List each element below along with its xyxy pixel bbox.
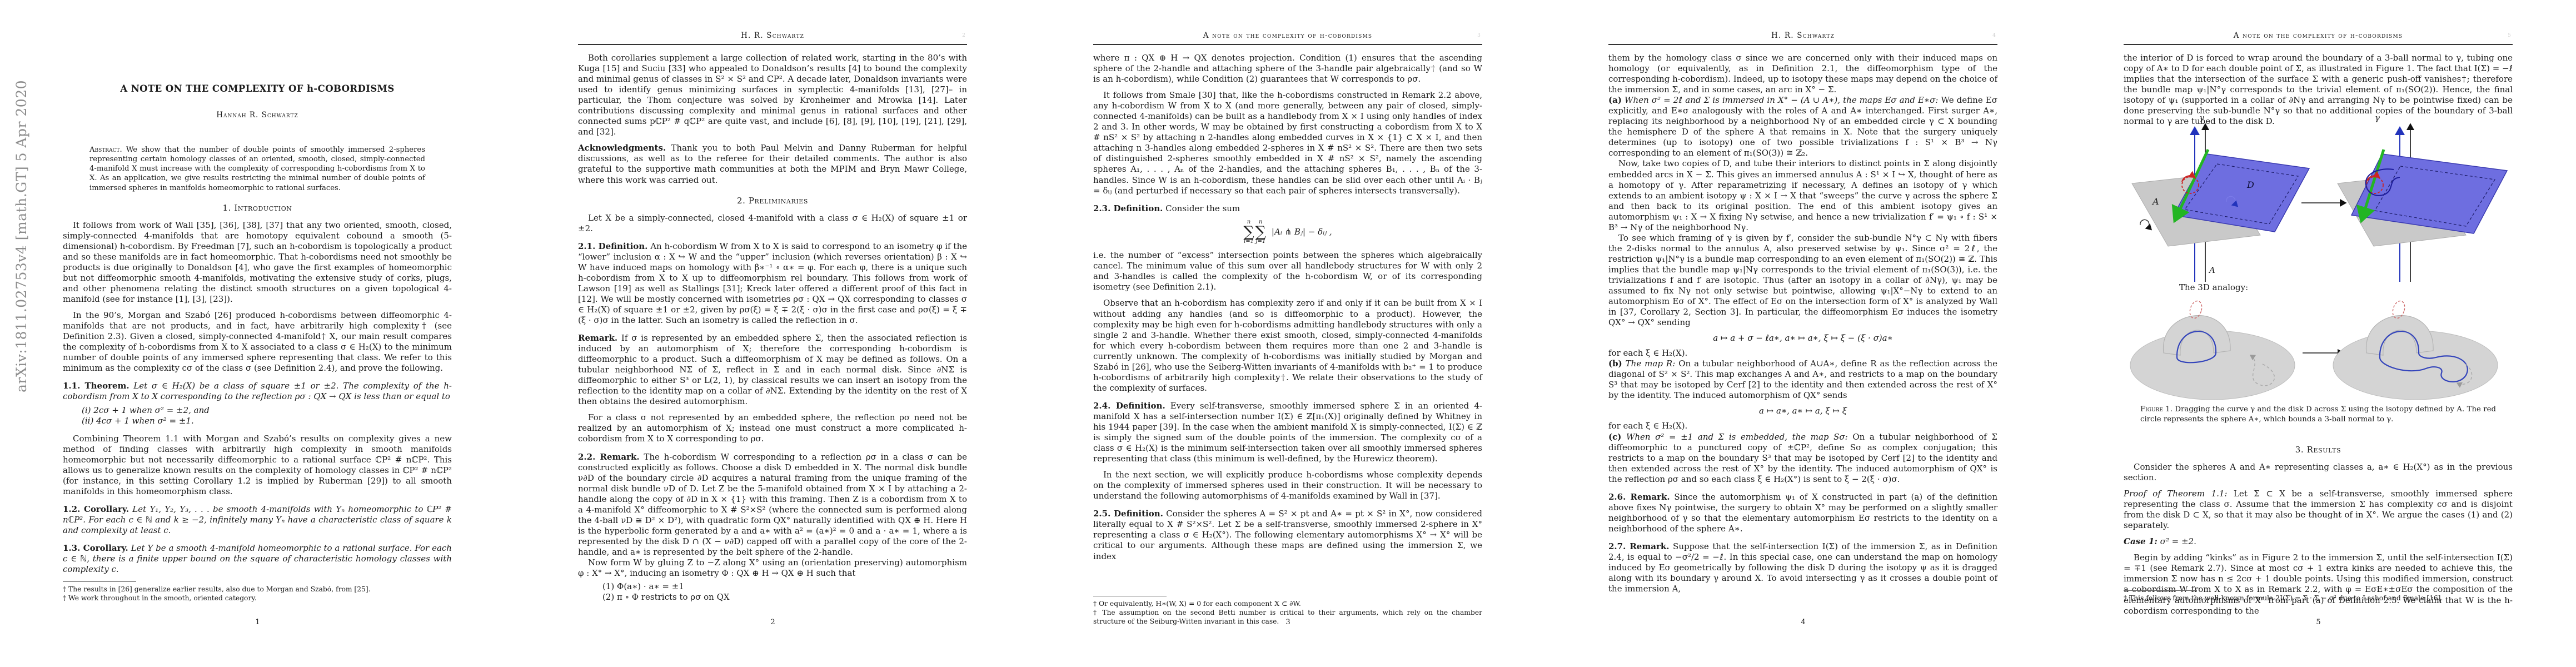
page-number: 5: [2061, 618, 2576, 626]
analogy-label: The 3D analogy:: [2179, 282, 2290, 292]
page-number: 3: [1030, 618, 1546, 626]
definition-label: 2.4. Definition.: [1093, 401, 1165, 411]
definition-2-3: 2.3. Definition. Consider the sum: [1093, 203, 1482, 214]
paper-author: Hannah R. Schwartz: [63, 111, 452, 120]
remark-2-6: 2.6. Remark. Since the automorphism ψ₁ o…: [1608, 492, 1997, 534]
display-equation-sum: n∑i=1 n∑j=1 |Aᵢ ⋔ Bⱼ| − δᵢⱼ ,: [1093, 220, 1482, 245]
running-head-text: H. R. Schwartz: [741, 31, 804, 40]
page-3-content: A note on the complexity of h-cobordisms…: [1093, 0, 1482, 562]
page-5-content: A note on the complexity of h-cobordisms…: [2124, 0, 2513, 127]
paragraph: them by the homology class σ since we ar…: [1608, 53, 1997, 95]
disk-D-label: D: [2247, 180, 2254, 190]
theorem-item-i: (i) 2cσ + 1 when σ² = ±2, and: [82, 405, 452, 416]
footnote-rule: [63, 581, 136, 582]
page-2: H. R. Schwartz2 Both corollaries supplem…: [515, 0, 1030, 667]
paragraph: Observe that an h-cobordism has complexi…: [1093, 298, 1482, 393]
paragraph: It follows from work of Wall [35], [36],…: [63, 220, 452, 305]
part-intro: When σ² = ±1 and Σ is embedded, the map …: [1626, 432, 1848, 442]
page-2-content: H. R. Schwartz2 Both corollaries supplem…: [578, 0, 967, 603]
right-2d-diagram: [2338, 124, 2507, 282]
running-head: A note on the complexity of h-cobordisms…: [1093, 31, 1482, 45]
paragraph: In the next section, we will explicitly …: [1093, 470, 1482, 501]
caption-text: Dragging the curve γ and the disk D acro…: [2140, 405, 2496, 424]
remark-label: 2.6. Remark.: [1608, 492, 1670, 502]
footnote: † The results in [26] generalize earlier…: [63, 585, 452, 594]
remark-text: If σ is represented by an embedded spher…: [578, 333, 967, 406]
section-heading-preliminaries: 2. Preliminaries: [578, 196, 967, 206]
corollary-label: 1.2. Corollary.: [63, 504, 129, 514]
page-number: 4: [1546, 618, 2061, 626]
footnote: † We work throughout in the smooth, orie…: [63, 594, 452, 603]
paragraph: In the 90’s, Morgan and Szabó [26] produ…: [63, 310, 452, 374]
remark-2-2: 2.2. Remark. The h-cobordism W correspon…: [578, 452, 967, 558]
section-heading-introduction: 1. Introduction: [63, 203, 452, 213]
gamma-label: γ: [2199, 113, 2204, 123]
remark: Remark. If σ is represented by an embedd…: [578, 333, 967, 407]
corollary-1-2: 1.2. Corollary. Let Y₁, Y₂, Y₃, . . . be…: [63, 504, 452, 536]
orientation-arrow-A: [2140, 220, 2149, 228]
part-c: (c) When σ² = ±1 and Σ is embedded, the …: [1608, 432, 1997, 485]
right-3d-diagram: [2333, 300, 2498, 400]
figure-caption: Figure 1. Dragging the curve γ and the d…: [2124, 405, 2513, 424]
page-1: arXiv:1811.02753v4 [math.GT] 5 Apr 2020 …: [0, 0, 515, 667]
left-3d-diagram: [2130, 300, 2295, 400]
definition-text: Consider the sum: [1165, 203, 1240, 213]
running-head-text: A note on the complexity of h-cobordisms: [1203, 31, 1373, 40]
running-head: A note on the complexity of h-cobordisms…: [2124, 31, 2513, 45]
theorem-item-ii: (ii) 4cσ + 1 when σ² = ±1.: [82, 416, 452, 426]
abstract: Abstract. We show that the number of dou…: [89, 145, 425, 193]
equation-body: |Aᵢ ⋔ Bⱼ| − δᵢⱼ ,: [1272, 227, 1332, 237]
theorem-label: 1.1. Theorem.: [63, 381, 129, 391]
proof-label: Proof of Theorem 1.1:: [2124, 489, 2227, 499]
part-label: (a): [1608, 95, 1622, 105]
page-5: A note on the complexity of h-cobordisms…: [2061, 0, 2576, 667]
theorem-items: (i) 2cσ + 1 when σ² = ±2, and (ii) 4cσ +…: [82, 405, 452, 426]
corollary-1-3: 1.3. Corollary. Let Y be a smooth 4-mani…: [63, 543, 452, 575]
page-1-content: A NOTE ON THE COMPLEXITY OF h-COBORDISMS…: [63, 0, 452, 575]
condition-1: (1) Φ(a∗) · a∗ = ±1: [602, 581, 967, 592]
definition-2-4: 2.4. Definition. Every self-transverse, …: [1093, 401, 1482, 464]
display-equation: a ↦ a∗, a∗ ↦ a, ξ ↦ ξ: [1608, 406, 1997, 416]
proof: Proof of Theorem 1.1: Let Σ ⊂ X be a sel…: [2124, 489, 2513, 531]
paragraph: Now, take two copies of D, and tube thei…: [1608, 158, 1997, 232]
paragraph: Combining Theorem 1.1 with Morgan and Sz…: [63, 434, 452, 497]
paragraph: Let X be a simply-connected, closed 4-ma…: [578, 213, 967, 234]
theorem-1-1: 1.1. Theorem. Let σ ∈ H₂(X) be a class o…: [63, 381, 452, 402]
paper-title: A NOTE ON THE COMPLEXITY OF h-COBORDISMS: [63, 83, 452, 94]
case-text: σ² = ±2.: [2160, 536, 2196, 546]
paragraph: where π : QX ⊕ H → QX denotes projection…: [1093, 53, 1482, 84]
case-1: Case 1: σ² = ±2.: [2124, 536, 2513, 547]
definition-label: 2.1. Definition.: [578, 241, 647, 251]
remark-label: 2.7. Remark.: [1608, 541, 1669, 551]
remark-label: Remark.: [578, 333, 617, 343]
paragraph: Now form W by gluing Z to −Z along X° us…: [578, 558, 967, 579]
running-head-page-number: 5: [2508, 33, 2512, 38]
page-4: H. R. Schwartz4 them by the homology cla…: [1546, 0, 2061, 667]
page-number: 1: [0, 618, 515, 626]
arxiv-watermark: arXiv:1811.02753v4 [math.GT] 5 Apr 2020: [13, 80, 29, 392]
sheet-A-label: A: [2153, 196, 2159, 207]
paragraph: for each ξ ∈ H₂(X).: [1608, 348, 1997, 359]
paragraph: for each ξ ∈ H₂(X).: [1608, 421, 1997, 431]
footnote: † Or equivalently, H∗(W, X) = 0 for each…: [1093, 599, 1482, 608]
paper-screenshot: { "watermark": "arXiv:1811.02753v4 [math…: [0, 0, 2576, 667]
definition-label: 2.3. Definition.: [1093, 203, 1163, 213]
case-label: Case 1:: [2124, 536, 2158, 546]
section-heading-results: 3. Results: [2124, 445, 2513, 455]
acknowledgments-label: Acknowledgments.: [578, 143, 666, 153]
running-head: H. R. Schwartz2: [578, 31, 967, 45]
paragraph: Consider the spheres A and A∗ representi…: [2124, 462, 2513, 483]
paragraph: To see which framing of γ is given by f′…: [1608, 233, 1997, 328]
running-head-page-number: 3: [1477, 33, 1481, 38]
running-head-page-number: 4: [1992, 33, 1996, 38]
condition-list: (1) Φ(a∗) · a∗ = ±1 (2) π ∘ Φ restricts …: [602, 581, 967, 603]
footnote-rule: [1093, 596, 1167, 596]
running-head: H. R. Schwartz4: [1608, 31, 1997, 45]
footnote-rule: [2124, 590, 2197, 591]
part-intro: When σ² = 2ℓ and Σ is immersed in X° − (…: [1625, 95, 1938, 105]
footnote: † This follows from the well-known formu…: [2124, 594, 2513, 603]
definition-2-5: 2.5. Definition. Consider the spheres A …: [1093, 509, 1482, 561]
condition-2: (2) π ∘ Φ restricts to ρσ on QX: [602, 592, 967, 603]
running-head-text: A note on the complexity of h-cobordisms: [2234, 31, 2403, 40]
sigma-j: n∑j=1: [1255, 220, 1266, 245]
remark-text: The h-cobordism W corresponding to a ref…: [578, 452, 967, 557]
display-equation: a ↦ a + σ − ℓa∗, a∗ ↦ a∗, ξ ↦ ξ − (ξ · σ…: [1608, 333, 1997, 343]
figure-1-2d-diagrams: γ D A A γ: [2124, 120, 2513, 286]
page-3: A note on the complexity of h-cobordisms…: [1030, 0, 1546, 667]
definition-label: 2.5. Definition.: [1093, 509, 1163, 519]
part-a: (a) When σ² = 2ℓ and Σ is immersed in X°…: [1608, 95, 1997, 158]
abstract-label: Abstract.: [89, 146, 122, 154]
corollary-label: 1.3. Corollary.: [63, 543, 128, 553]
part-b: (b) The map R: On a tubular neighborhood…: [1608, 359, 1997, 401]
caption-label: Figure 1.: [2140, 405, 2173, 414]
sigma-i: n∑i=1: [1243, 220, 1254, 245]
figure-1-2d-svg: [2124, 120, 2513, 286]
acknowledgments: Acknowledgments. Thank you to both Paul …: [578, 143, 967, 185]
definition-text: An h-cobordism W from X to X is said to …: [578, 241, 967, 325]
footnote-block: † This follows from the well-known formu…: [2124, 590, 2513, 603]
remark-2-7: 2.7. Remark. Suppose that the self-inter…: [1608, 541, 1997, 594]
part-label: (b): [1608, 359, 1622, 369]
page-number: 2: [515, 618, 1030, 626]
paragraph: the interior of D is forced to wrap arou…: [2124, 53, 2513, 127]
gamma-label: γ: [2375, 113, 2380, 123]
paragraph: For a class σ not represented by an embe…: [578, 412, 967, 444]
paragraph: Both corollaries supplement a large coll…: [578, 53, 967, 137]
annulus-A-label: A: [2209, 265, 2215, 275]
part-label: (c): [1608, 432, 1621, 442]
paragraph: i.e. the number of “excess” intersection…: [1093, 250, 1482, 292]
running-head-text: H. R. Schwartz: [1771, 31, 1835, 40]
figure-1-3d-diagrams: [2124, 297, 2513, 403]
footnote-block: † The results in [26] generalize earlier…: [63, 581, 452, 603]
page-4-content: H. R. Schwartz4 them by the homology cla…: [1608, 0, 1997, 594]
paragraph: Begin by adding “kinks” as in Figure 2 t…: [2124, 552, 2513, 616]
definition-2-1: 2.1. Definition. An h-cobordism W from X…: [578, 241, 967, 326]
part-intro: The map R:: [1626, 359, 1676, 369]
running-head-page-number: 2: [962, 33, 966, 38]
remark-label: 2.2. Remark.: [578, 452, 640, 462]
paragraph: It follows from Smale [30] that, like th…: [1093, 90, 1482, 196]
figure-1-3d-svg: [2124, 297, 2513, 403]
abstract-text: We show that the number of double points…: [89, 146, 425, 192]
